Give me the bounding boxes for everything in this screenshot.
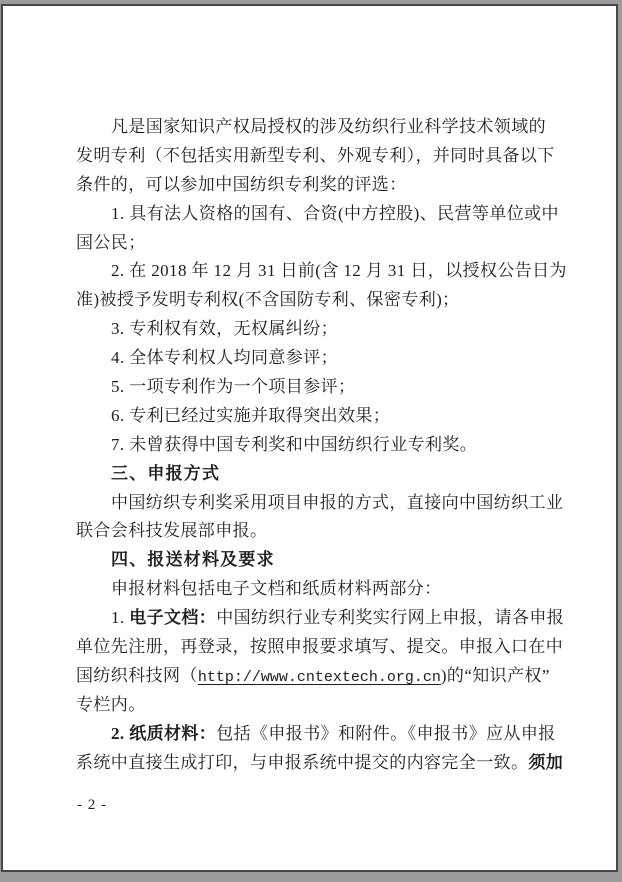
text-segment: 7. 未曾获得中国专利奖和中国纺织行业专利奖。 <box>111 435 477 454</box>
page-number: - 2 - <box>77 795 107 815</box>
text-segment: 1. <box>111 608 129 627</box>
text-segment: 6. 专利已经过实施并取得突出效果； <box>111 406 390 425</box>
text-line: 准)被授予发明专利权(不含国防专利、保密专利)； <box>76 286 554 315</box>
text-line: 7. 未曾获得中国专利奖和中国纺织行业专利奖。 <box>76 431 554 460</box>
text-line: 专栏内。 <box>76 691 554 720</box>
text-segment: 须加 <box>528 753 563 772</box>
text-segment: 凡是国家知识产权局授权的涉及纺织行业科学技术领域的 <box>111 117 546 136</box>
text-segment: 5. 一项专利作为一个项目参评； <box>111 377 355 396</box>
text-segment: 包括《申报书》和附件。《申报书》应从申报 <box>216 724 556 743</box>
text-segment: 4. 全体专利权人均同意参评； <box>111 348 338 367</box>
document-body: 凡是国家知识产权局授权的涉及纺织行业科学技术领域的发明专利（不包括实用新型专利、… <box>76 113 554 777</box>
section-heading-3: 三、申报方式 <box>76 460 554 489</box>
url-link[interactable]: http://www.cntextech.org.cn <box>198 669 441 686</box>
text-segment: 中国纺织专利奖采用项目申报的方式，直接向中国纺织工业 <box>111 493 563 512</box>
document-viewer-backdrop: 凡是国家知识产权局授权的涉及纺织行业科学技术领域的发明专利（不包括实用新型专利、… <box>0 0 622 882</box>
text-segment: 联合会科技发展部申报。 <box>76 521 267 540</box>
text-segment: 准)被授予发明专利权(不含国防专利、保密专利)； <box>76 290 460 309</box>
text-segment: 1. 具有法人资格的国有、合资(中方控股)、民营等单位或中 <box>111 204 559 223</box>
text-line: 4. 全体专利权人均同意参评； <box>76 344 554 373</box>
text-segment: 四、报送材料及要求 <box>111 550 275 569</box>
text-segment: 2. 在 2018 年 12 月 31 日前(含 12 月 31 日，以授权公告… <box>111 261 567 280</box>
text-line: 1. 电子文档：中国纺织行业专利奖实行网上申报，请各申报 <box>76 604 554 633</box>
text-segment: 系统中直接生成打印，与申报系统中提交的内容完全一致。 <box>76 753 528 772</box>
text-segment: )的“知识产权” <box>441 666 550 685</box>
text-segment: 条件的，可以参加中国纺织专利奖的评选： <box>76 175 407 194</box>
text-segment: 三、申报方式 <box>111 464 220 483</box>
text-line: 国公民； <box>76 229 554 258</box>
text-segment: 2. 纸质材料： <box>111 724 216 743</box>
text-segment: 单位先注册，再登录，按照申报要求填写、提交。申报入口在中 <box>76 637 563 656</box>
text-line: 凡是国家知识产权局授权的涉及纺织行业科学技术领域的 <box>76 113 554 142</box>
text-segment: 专栏内。 <box>76 695 146 714</box>
text-line: 联合会科技发展部申报。 <box>76 517 554 546</box>
text-segment: 发明专利（不包括实用新型专利、外观专利），并同时具备以下 <box>76 146 555 165</box>
text-line: 2. 纸质材料：包括《申报书》和附件。《申报书》应从申报 <box>76 720 554 749</box>
section-heading-4: 四、报送材料及要求 <box>76 546 554 575</box>
text-line: 申报材料包括电子文档和纸质材料两部分： <box>76 575 554 604</box>
text-segment: 国公民； <box>76 233 146 252</box>
text-line: 单位先注册，再登录，按照申报要求填写、提交。申报入口在中 <box>76 633 554 662</box>
text-line: 3. 专利权有效，无权属纠纷； <box>76 315 554 344</box>
text-segment: 申报材料包括电子文档和纸质材料两部分： <box>111 579 442 598</box>
text-line: 5. 一项专利作为一个项目参评； <box>76 373 554 402</box>
text-line: 系统中直接生成打印，与申报系统中提交的内容完全一致。须加 <box>76 749 554 778</box>
text-line: 发明专利（不包括实用新型专利、外观专利），并同时具备以下 <box>76 142 554 171</box>
document-page: 凡是国家知识产权局授权的涉及纺织行业科学技术领域的发明专利（不包括实用新型专利、… <box>1 4 618 872</box>
text-line: 1. 具有法人资格的国有、合资(中方控股)、民营等单位或中 <box>76 200 554 229</box>
text-line: 国纺织科技网（http://www.cntextech.org.cn)的“知识产… <box>76 662 554 691</box>
text-segment: 电子文档： <box>129 608 216 627</box>
text-segment: 国纺织科技网（ <box>76 666 198 685</box>
text-line: 中国纺织专利奖采用项目申报的方式，直接向中国纺织工业 <box>76 489 554 518</box>
text-segment: 3. 专利权有效，无权属纠纷； <box>111 319 338 338</box>
text-line: 2. 在 2018 年 12 月 31 日前(含 12 月 31 日，以授权公告… <box>76 257 554 286</box>
text-line: 6. 专利已经过实施并取得突出效果； <box>76 402 554 431</box>
text-segment: 中国纺织行业专利奖实行网上申报，请各申报 <box>216 608 564 627</box>
text-line: 条件的，可以参加中国纺织专利奖的评选： <box>76 171 554 200</box>
